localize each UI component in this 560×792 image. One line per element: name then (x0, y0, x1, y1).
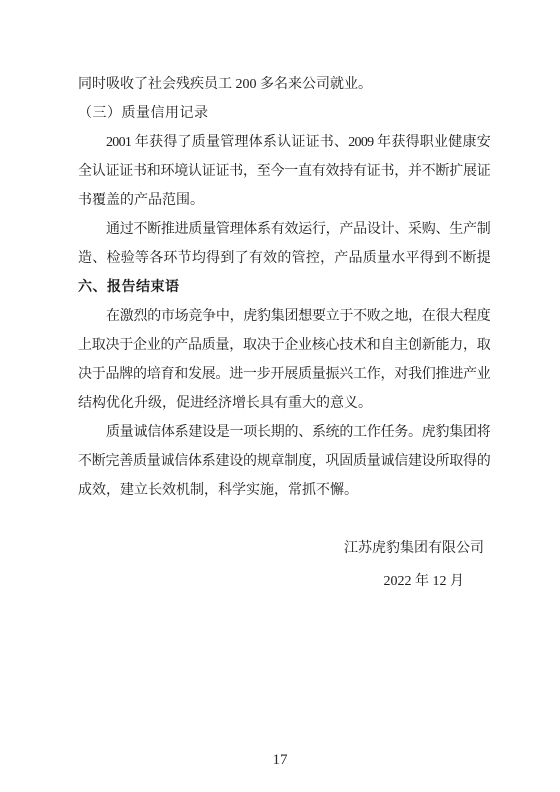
body-text: 同时吸收了社会残疾员工 200 多名来公司就业。 （三）质量信用记录 2001 … (78, 70, 490, 596)
body-line: 成效，建立长效机制，科学实施，常抓不懈。 (78, 476, 490, 505)
body-line: 结构优化升级，促进经济增长具有重大的意义。 (78, 389, 490, 418)
document-page: 同时吸收了社会残疾员工 200 多名来公司就业。 （三）质量信用记录 2001 … (0, 0, 560, 792)
section-heading: 六、报告结束语 (78, 273, 490, 302)
body-line: 2001 年获得了质量管理体系认证证书、2009 年获得职业健康安 (78, 128, 490, 157)
body-line: 上取决于企业的产品质量，取决于企业核心技术和自主创新能力，取 (78, 331, 490, 360)
body-line: 质量诚信体系建设是一项长期的、系统的工作任务。虎豹集团将 (78, 418, 490, 447)
body-line: 造、检验等各环节均得到了有效的管控，产品质量水平得到不断提升。 (78, 244, 490, 273)
body-line: 全认证证书和环境认证证书，至今一直有效持有证书，并不断扩展证 (78, 157, 490, 186)
body-line: 决于品牌的培育和发展。进一步开展质量振兴工作，对我们推进产业 (78, 360, 490, 389)
body-line: 同时吸收了社会残疾员工 200 多名来公司就业。 (78, 70, 490, 99)
body-line: 书覆盖的产品范围。 (78, 186, 490, 215)
section-subheading: （三）质量信用记录 (78, 99, 490, 128)
signature-date: 2022 年 12 月 (78, 567, 490, 596)
signature-company: 江苏虎豹集团有限公司 (78, 534, 490, 563)
body-line: 在激烈的市场竞争中，虎豹集团想要立于不败之地，在很大程度 (78, 302, 490, 331)
body-line: 不断完善质量诚信体系建设的规章制度，巩固质量诚信建设所取得的 (78, 447, 490, 476)
body-line: 通过不断推进质量管理体系有效运行，产品设计、采购、生产制 (78, 215, 490, 244)
page-number: 17 (0, 752, 560, 769)
